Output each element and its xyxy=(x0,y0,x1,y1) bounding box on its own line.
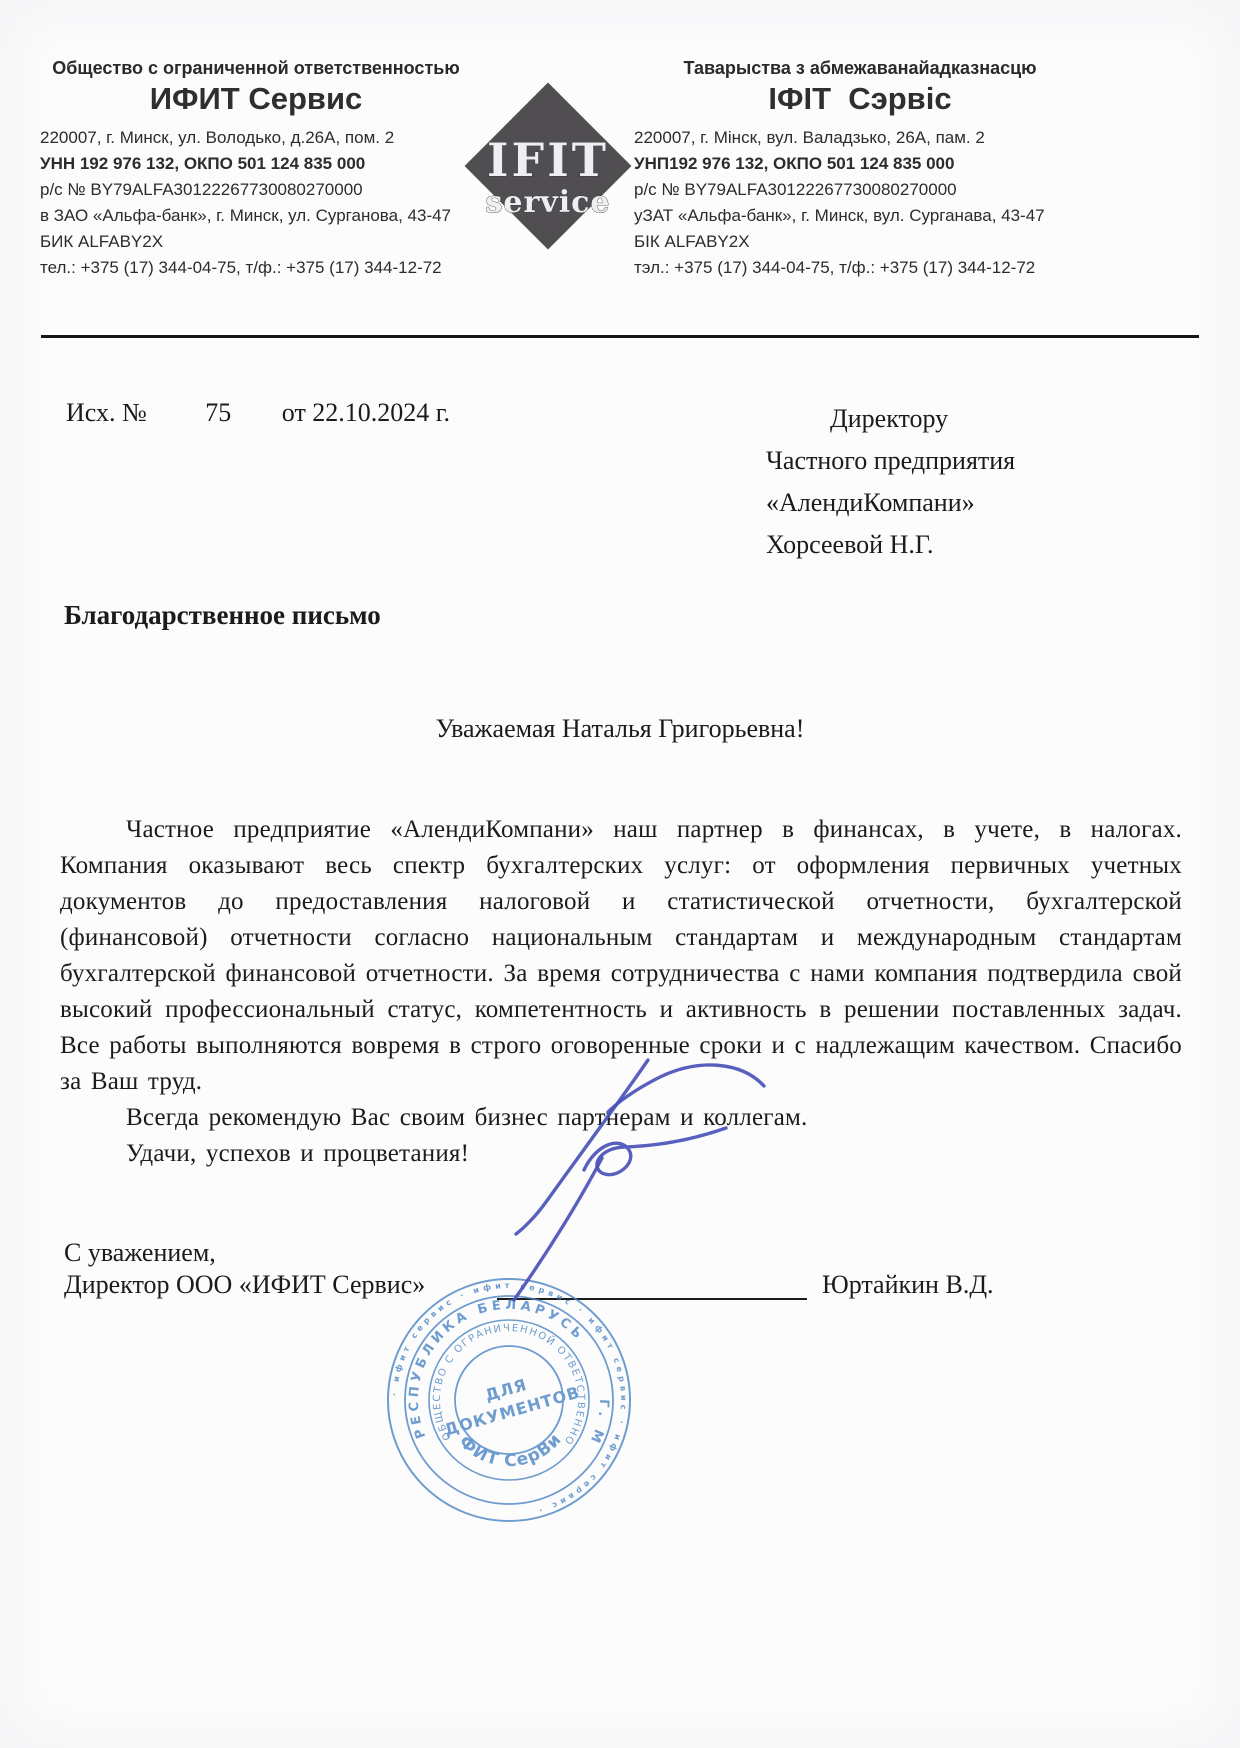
stamp-center-text: ДЛЯ ДОКУМЕНТОВ xyxy=(436,1361,582,1439)
logo-graphic: IFIT service xyxy=(445,63,651,269)
address-block-ru: 220007, г. Минск, ул. Володько, д.26А, п… xyxy=(40,125,472,281)
signoff-name: Юртайкин В.Д. xyxy=(822,1270,994,1300)
address-block-by: 220007, г. Мінск, вул. Валадзько, 26А, п… xyxy=(634,125,1086,281)
letterhead-left-ru: Общество с ограниченной ответственностью… xyxy=(40,58,472,281)
tax-id-line: УНН 192 976 132, ОКПО 501 124 835 000 xyxy=(40,151,472,177)
letterhead-right-by: Таварыства з абмежаванайадказнасцю ІФІТ … xyxy=(634,58,1086,281)
letter-subject: Благодарственное письмо xyxy=(64,600,381,631)
signature-stroke xyxy=(514,1158,602,1300)
bank-line: в ЗАО «Альфа-банк», г. Минск, ул. Сурган… xyxy=(40,203,472,229)
org-name-by: ІФІТ Сэрвіс xyxy=(634,81,1086,117)
phone-line: тел.: +375 (17) 344-04-75, т/ф.: +375 (1… xyxy=(40,255,472,281)
bic-line: БИК ALFABY2X xyxy=(40,229,472,255)
signature-stroke xyxy=(608,1065,764,1112)
signoff-title: Директор ООО «ИФИТ Сервис» xyxy=(64,1270,425,1300)
recipient-block: Директору Частного предприятия «АлендиКо… xyxy=(766,398,1015,566)
org-type-by: Таварыства з абмежаванайадказнасцю xyxy=(634,58,1086,79)
reference-row: Исх. № 75 от 22.10.2024 г. xyxy=(66,398,450,428)
bic-line: БІК ALFABY2X xyxy=(634,229,1086,255)
logo-text-top: IFIT xyxy=(487,133,609,187)
outgoing-number-value: 75 xyxy=(205,398,231,427)
recipient-org-name: «АлендиКомпани» xyxy=(766,482,1015,524)
phone-line: тэл.: +375 (17) 344-04-75, т/ф.: +375 (1… xyxy=(634,255,1086,281)
recipient-person: Хорсеевой Н.Г. xyxy=(766,524,1015,566)
logo-text-bottom: service xyxy=(486,185,611,220)
signature-stroke xyxy=(584,1128,726,1175)
tax-id-line: УНП192 976 132, ОКПО 501 124 835 000 xyxy=(634,151,1086,177)
address-line: 220007, г. Минск, ул. Володько, д.26А, п… xyxy=(40,125,472,151)
outgoing-number-label: Исх. № xyxy=(66,398,147,427)
account-line: р/с № BY79ALFA30122267730080270000 xyxy=(634,177,1086,203)
letter-date: от 22.10.2024 г. xyxy=(282,398,450,427)
address-line: 220007, г. Мінск, вул. Валадзько, 26А, п… xyxy=(634,125,1086,151)
company-logo: IFIT service xyxy=(445,63,651,269)
letter-page: Общество с ограниченной ответственностью… xyxy=(0,0,1240,1748)
salutation: Уважаемая Наталья Григорьевна! xyxy=(0,714,1240,744)
org-name-ru: ИФИТ Сервис xyxy=(40,81,472,117)
bank-line: уЗАТ «Альфа-банк», г. Минск, вул. Сурган… xyxy=(634,203,1086,229)
handwritten-signature xyxy=(470,1050,790,1320)
header-divider xyxy=(41,335,1199,338)
signoff-regards: С уважением, xyxy=(64,1238,216,1268)
recipient-title: Директору xyxy=(766,398,1015,440)
org-type-ru: Общество с ограниченной ответственностью xyxy=(40,58,472,79)
account-line: р/с № BY79ALFA30122267730080270000 xyxy=(40,177,472,203)
recipient-org-type: Частного предприятия xyxy=(766,440,1015,482)
